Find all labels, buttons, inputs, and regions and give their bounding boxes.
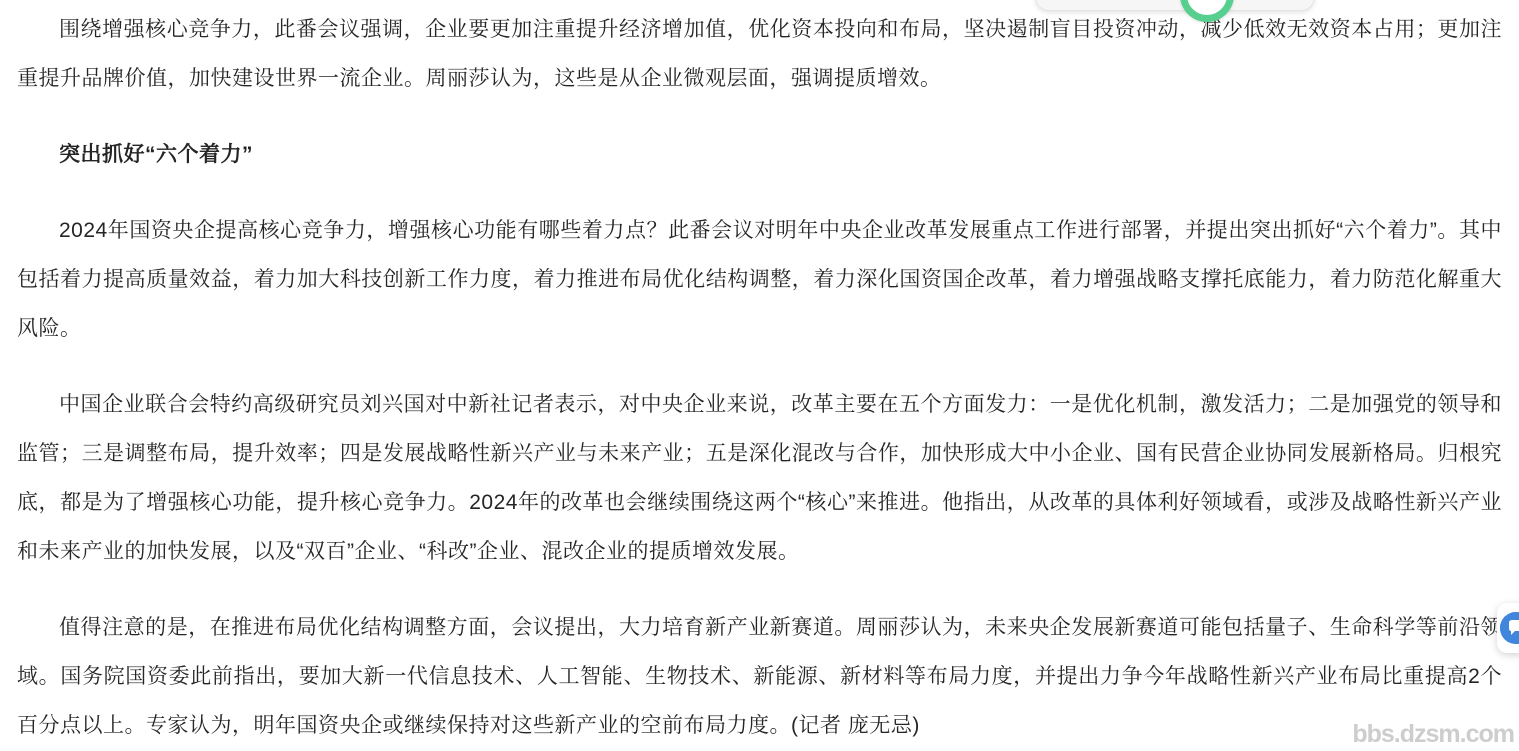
comment-bubble-icon xyxy=(1500,612,1519,644)
paragraph-4: 值得注意的是，在推进布局优化结构调整方面，会议提出，大力培育新产业新赛道。周丽莎… xyxy=(17,603,1502,750)
share-icon[interactable] xyxy=(1500,612,1519,644)
side-floating-card[interactable] xyxy=(1497,603,1519,653)
section-heading: 突出抓好“六个着力” xyxy=(17,130,1502,179)
watermark: bbs.dzsm.com xyxy=(1352,720,1514,749)
paragraph-3: 中国企业联合会特约高级研究员刘兴国对中新社记者表示，对中央企业来说，改革主要在五… xyxy=(17,380,1502,576)
paragraph-1: 围绕增强核心竞争力，此番会议强调，企业要更加注重提升经济增加值，优化资本投向和布… xyxy=(17,5,1502,103)
paragraph-2: 2024年国资央企提高核心竞争力，增强核心功能有哪些着力点？此番会议对明年中央企… xyxy=(17,206,1502,353)
floating-toolbar-pill[interactable] xyxy=(1035,0,1315,11)
article-page: 围绕增强核心竞争力，此番会议强调，企业要更加注重提升经济增加值，优化资本投向和布… xyxy=(0,0,1519,751)
